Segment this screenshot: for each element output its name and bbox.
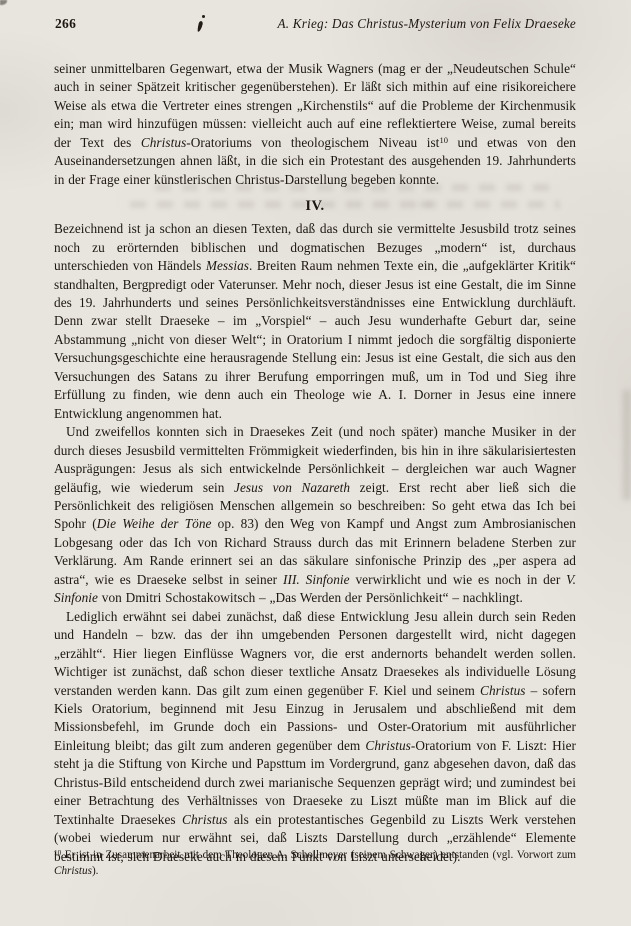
paragraph-lediglich-erwaehnt: Lediglich erwähnt sei dabei zunächst, da…	[54, 608, 576, 866]
italic-text-segment: Christus	[480, 683, 525, 698]
footnote-reference: 10	[439, 135, 448, 145]
footnote-area: 10 Er ist in Zusammenarbeit mit dem Theo…	[54, 848, 576, 879]
paragraph-bezeichnend: Bezeichnend ist ja schon an diesen Texte…	[54, 220, 576, 423]
italic-text-segment: Christus	[182, 812, 227, 827]
section-heading: IV.	[54, 198, 576, 215]
text-segment: Er ist in Zusammenarbeit mit dem Theolog…	[61, 849, 576, 861]
running-head-title: A. Krieg: Das Christus-Mysterium von Fel…	[278, 16, 576, 32]
italic-text-segment: Die Weihe der Töne	[97, 516, 212, 531]
footnote-reference: 10	[54, 849, 61, 857]
italic-text-segment: Jesus von Nazareth	[234, 480, 350, 495]
italic-text-segment: Christus	[54, 865, 92, 877]
scan-smudge	[623, 390, 631, 500]
text-segment: . Breiten Raum nehmen Texte ein, die „au…	[54, 258, 576, 421]
scan-speck-corner	[0, 0, 7, 5]
text-segment: ).	[92, 865, 99, 877]
italic-text-segment: Christus	[365, 738, 410, 753]
italic-text-segment: III. Sinfonie	[283, 572, 350, 587]
paragraph-und-zweifellos: Und zweifellos konnten sich in Draesekes…	[54, 423, 576, 608]
page-number: 266	[55, 16, 76, 32]
scanned-book-page: 266 A. Krieg: Das Christus-Mysterium von…	[0, 0, 631, 926]
text-segment: -Oratoriums von theologischem Niveau ist	[186, 135, 439, 150]
text-segment: von Dmitri Schostakowitsch – „Das Werden…	[98, 590, 523, 605]
running-header: 266 A. Krieg: Das Christus-Mysterium von…	[55, 16, 576, 32]
italic-text-segment: Messias	[206, 258, 249, 273]
page-body: seiner unmittelbaren Gegenwart, etwa der…	[54, 60, 576, 866]
paragraph-continuation: seiner unmittelbaren Gegenwart, etwa der…	[54, 60, 576, 189]
italic-text-segment: Christus	[141, 135, 186, 150]
footnote-10: 10 Er ist in Zusammenarbeit mit dem Theo…	[54, 848, 576, 879]
text-segment: verwirklicht und wie es noch in der	[350, 572, 567, 587]
